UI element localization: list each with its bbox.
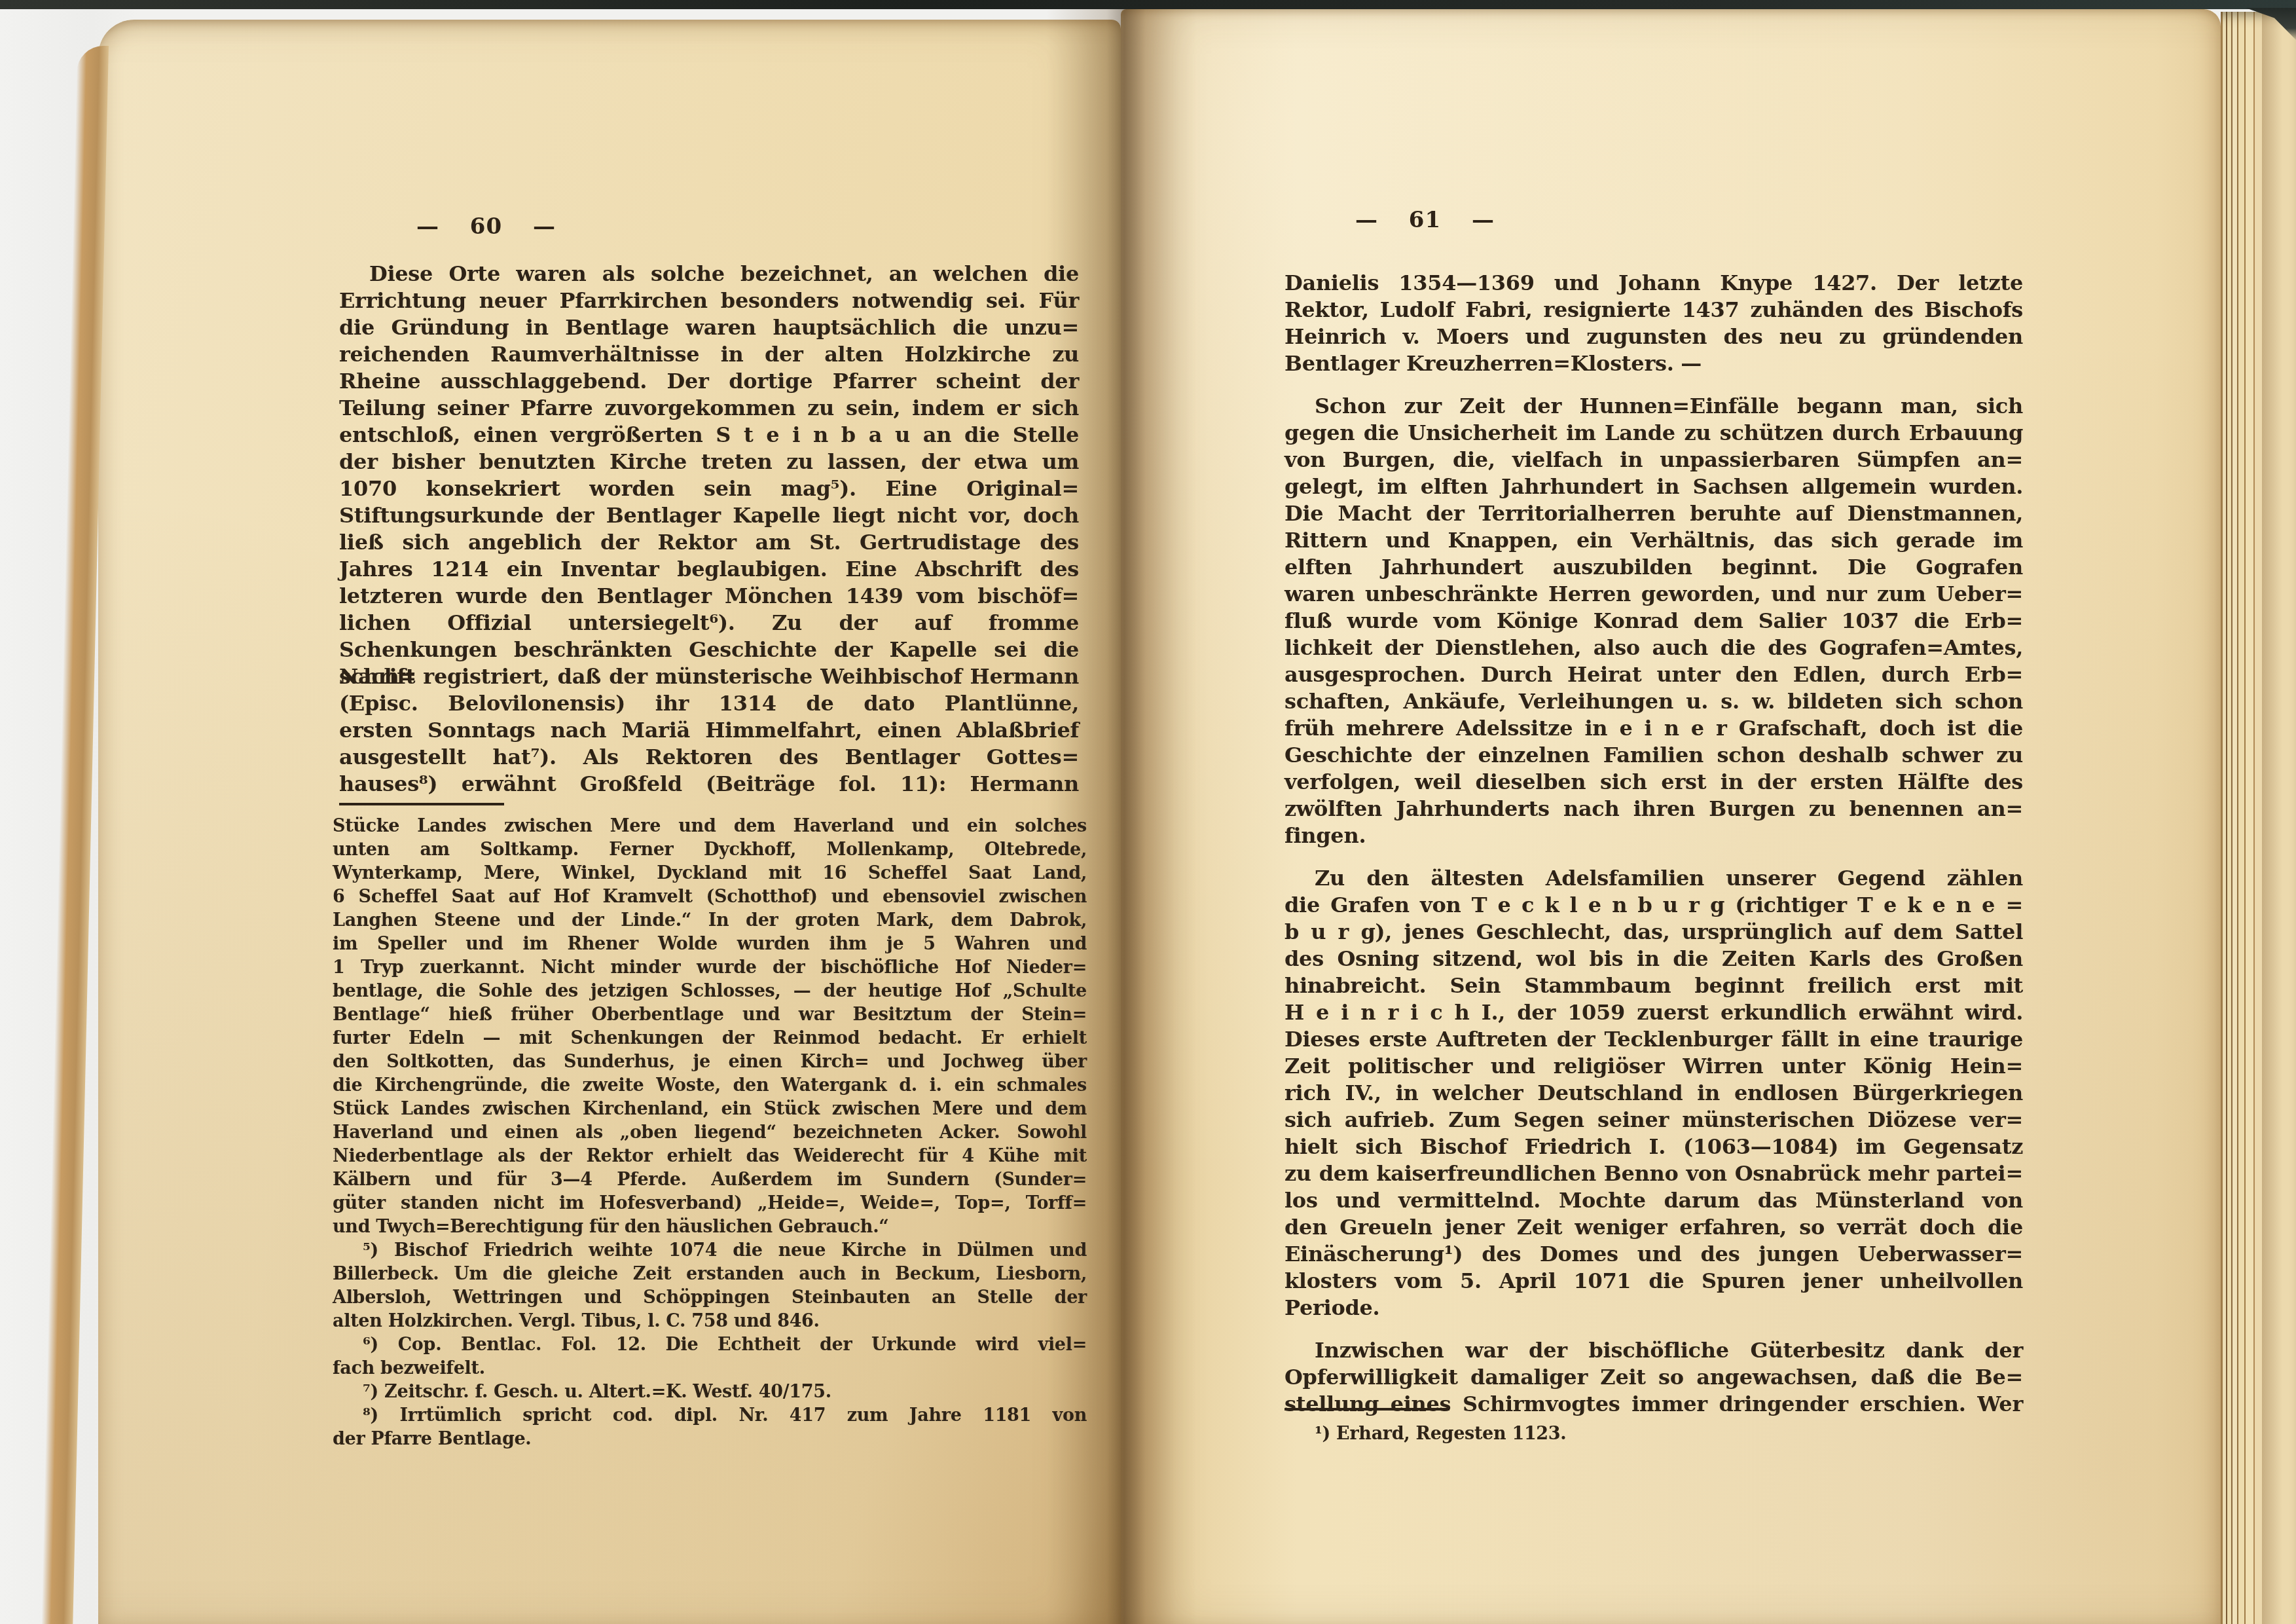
text-line: güter standen nicht im Hofesverband) „He… <box>333 1192 1087 1215</box>
text-line: den Soltkotten, das Sunderhus, je einen … <box>333 1050 1087 1074</box>
left-page-body-text: Diese Orte waren als solche bezeichnet, … <box>339 261 1079 798</box>
book-scan: — 60 — Diese Orte waren als solche bezei… <box>0 0 2296 1624</box>
text-line: 6 Scheffel Saat auf Hof Kramvelt (Schott… <box>333 885 1087 909</box>
text-line: schaften, Ankäufe, Verleihungen u. s. w.… <box>1285 688 2023 715</box>
text-line: Einäscherung¹) des Domes und des jungen … <box>1285 1241 2023 1268</box>
text-line: Wynterkamp, Mere, Winkel, Dyckland mit 1… <box>333 862 1087 885</box>
text-line: der Pfarre Bentlage. <box>333 1428 1087 1451</box>
scanner-top-strip <box>0 0 2296 9</box>
text-line: Inzwischen war der bischöfliche Güterbes… <box>1285 1337 2023 1364</box>
text-line: fingen. <box>1285 822 2023 849</box>
text-line: bentlage, die Sohle des jetzigen Schloss… <box>333 980 1087 1003</box>
text-line: Schenkungen beschränkten Geschichte der … <box>339 637 1079 663</box>
page-number-right: — 61 — <box>1355 207 1495 233</box>
text-line: Opferwilligkeit damaliger Zeit so angewa… <box>1285 1364 2023 1391</box>
text-line: Kälbern und für 3—4 Pferde. Außerdem im … <box>333 1168 1087 1192</box>
text-line: ⁶) Cop. Bentlac. Fol. 12. Die Echtheit d… <box>333 1333 1087 1357</box>
text-line: Jahres 1214 ein Inventar beglaubigen. Ei… <box>339 556 1079 583</box>
text-line: und Twych=Berechtigung für den häusliche… <box>333 1215 1087 1239</box>
text-line: ¹) Erhard, Regesten 1123. <box>1285 1422 2023 1446</box>
text-line: Rektor, Ludolf Fabri, resignierte 1437 z… <box>1285 297 2023 323</box>
text-line: Geschichte der einzelnen Familien schon … <box>1285 742 2023 769</box>
text-line: zwölften Jahrhunderts nach ihren Burgen … <box>1285 796 2023 822</box>
text-line: Niederbentlage als der Rektor erhielt da… <box>333 1145 1087 1168</box>
text-line: früh mehrere Adelssitze in e i n e r Gra… <box>1285 715 2023 742</box>
text-line: Stiftungsurkunde der Bentlager Kapelle l… <box>339 502 1079 529</box>
text-line: entschloß, einen vergrößerten S t e i n … <box>339 422 1079 449</box>
text-line: die Kirchengründe, die zweite Woste, den… <box>333 1074 1087 1098</box>
text-line: Errichtung neuer Pfarrkirchen besonders … <box>339 287 1079 314</box>
text-line: Teilung seiner Pfarre zuvorgekommen zu s… <box>339 395 1079 422</box>
text-line: Heinrich v. Moers und zugunsten des neu … <box>1285 323 2023 350</box>
text-line: Haverland und einen als „oben liegend“ b… <box>333 1121 1087 1145</box>
text-line: Zeit politischer und religiöser Wirren u… <box>1285 1053 2023 1080</box>
text-line: schrift registriert, daß der münsterisch… <box>339 663 1079 690</box>
text-line: hielt sich Bischof Friedrich I. (1063—10… <box>1285 1134 2023 1160</box>
dash-right: — <box>1472 207 1495 233</box>
text-line: ⁵) Bischof Friedrich weihte 1074 die neu… <box>333 1239 1087 1263</box>
text-line: Zu den ältesten Adelsfamilien unserer Ge… <box>1285 865 2023 892</box>
text-line: Danielis 1354—1369 und Johann Knype 1427… <box>1285 270 2023 297</box>
right-page-body-text: Danielis 1354—1369 und Johann Knype 1427… <box>1285 270 2023 1418</box>
text-line: 1 Tryp zuerkannt. Nicht minder wurde der… <box>333 956 1087 980</box>
text-line: zu dem kaiserfreundlichen Benno von Osna… <box>1285 1160 2023 1187</box>
text-line: waren unbeschränkte Herren geworden, und… <box>1285 581 2023 608</box>
text-line: die Grafen von T e c k l e n b u r g (ri… <box>1285 892 2023 919</box>
text-line: Dieses erste Auftreten der Tecklenburger… <box>1285 1026 2023 1053</box>
text-line: alten Holzkirchen. Vergl. Tibus, l. C. 7… <box>333 1310 1087 1333</box>
text-line: Stücke Landes zwischen Mere und dem Have… <box>333 815 1087 838</box>
text-line: lichkeit der Dienstlehen, also auch die … <box>1285 635 2023 661</box>
dash-left: — <box>416 213 439 240</box>
fore-edge-shade <box>2262 12 2296 1624</box>
text-line: gegen die Unsicherheit im Lande zu schüt… <box>1285 420 2023 447</box>
right-page-footnotes: ¹) Erhard, Regesten 1123. <box>1285 1422 2023 1446</box>
text-line: furter Edeln — mit Schenkungen der Reinm… <box>333 1027 1087 1050</box>
text-line: klosters vom 5. April 1071 die Spuren je… <box>1285 1268 2023 1295</box>
text-line: Die Macht der Territorialherren beruhte … <box>1285 500 2023 527</box>
text-line: den Greueln jener Zeit weniger erfahren,… <box>1285 1214 2023 1241</box>
text-line: Bentlage“ hieß früher Oberbentlage und w… <box>333 1003 1087 1027</box>
footnote-rule-left <box>339 803 504 805</box>
text-line: Albersloh, Wettringen und Schöppingen St… <box>333 1286 1087 1310</box>
text-line: der bisher benutzten Kirche treten zu la… <box>339 449 1079 475</box>
page-number-60: 60 <box>470 213 502 240</box>
text-line: letzteren wurde den Bentlager Mönchen 14… <box>339 583 1079 610</box>
text-line: Periode. <box>1285 1295 2023 1321</box>
text-line: lichen Offizial untersiegelt⁶). Zu der a… <box>339 610 1079 637</box>
text-line: Schon zur Zeit der Hunnen=Einfälle began… <box>1285 393 2023 420</box>
text-line: 1070 konsekriert worden sein mag⁵). Eine… <box>339 475 1079 502</box>
text-line: Diese Orte waren als solche bezeichnet, … <box>339 261 1079 287</box>
text-line: b u r g), jenes Geschlecht, das, ursprün… <box>1285 919 2023 946</box>
text-line: Bentlager Kreuzherren=Klosters. — <box>1285 350 2023 377</box>
text-line: Stück Landes zwischen Kirchenland, ein S… <box>333 1098 1087 1121</box>
text-line: fluß wurde vom Könige Konrad dem Salier … <box>1285 608 2023 635</box>
text-line: hinabreicht. Sein Stammbaum beginnt frei… <box>1285 972 2023 999</box>
text-line: fach bezweifelt. <box>333 1357 1087 1380</box>
text-line: sich aufrieb. Zum Segen seiner münsteris… <box>1285 1107 2023 1134</box>
text-line: reichenden Raumverhältnisse in der alten… <box>339 341 1079 368</box>
text-line: ausgestellt hat⁷). Als Rektoren des Bent… <box>339 744 1079 771</box>
text-line: im Speller und im Rhener Wolde wurden ih… <box>333 932 1087 956</box>
text-line: hauses⁸) erwähnt Großfeld (Beiträge fol.… <box>339 771 1079 798</box>
text-line: verfolgen, weil dieselben sich erst in d… <box>1285 769 2023 796</box>
text-line: des Osning sitzend, wol bis in die Zeite… <box>1285 946 2023 972</box>
text-line: elften Jahrhundert auszubilden beginnt. … <box>1285 554 2023 581</box>
text-line: gelegt, im elften Jahrhundert in Sachsen… <box>1285 473 2023 500</box>
text-line: ⁸) Irrtümlich spricht cod. dipl. Nr. 417… <box>333 1404 1087 1428</box>
text-line: Billerbeck. Um die gleiche Zeit erstande… <box>333 1263 1087 1286</box>
left-page-footnotes: Stücke Landes zwischen Mere und dem Have… <box>333 815 1087 1451</box>
text-line: los und vermittelnd. Mochte darum das Mü… <box>1285 1187 2023 1214</box>
text-line: stellung eines Schirmvogtes immer dringe… <box>1285 1391 2023 1418</box>
text-line: ließ sich angeblich der Rektor am St. Ge… <box>339 529 1079 556</box>
dash-right: — <box>533 213 556 240</box>
text-line: ersten Sonntags nach Mariä Himmelfahrt, … <box>339 717 1079 744</box>
text-line: Langhen Steene und der Linde.“ In der gr… <box>333 909 1087 932</box>
text-line: die Gründung in Bentlage waren hauptsäch… <box>339 314 1079 341</box>
text-line: Rheine ausschlaggebend. Der dortige Pfar… <box>339 368 1079 395</box>
page-number-61: 61 <box>1409 207 1441 233</box>
text-line: (Episc. Belovilonensis) ihr 1314 de dato… <box>339 690 1079 717</box>
text-line: H e i n r i c h I., der 1059 zuerst erku… <box>1285 999 2023 1026</box>
text-line: ⁷) Zeitschr. f. Gesch. u. Altert.=K. Wes… <box>333 1380 1087 1404</box>
text-line: ausgesprochen. Durch Heirat unter den Ed… <box>1285 661 2023 688</box>
text-line: von Burgen, die, vielfach in unpassierba… <box>1285 447 2023 473</box>
text-line: rich IV., in welcher Deutschland in endl… <box>1285 1080 2023 1107</box>
page-number-left: — 60 — <box>416 213 556 240</box>
dash-left: — <box>1355 207 1378 233</box>
text-line: Rittern und Knappen, ein Verhältnis, das… <box>1285 527 2023 554</box>
footnote-rule-right <box>1285 1408 1449 1411</box>
text-line: unten am Soltkamp. Ferner Dyckhoff, Moll… <box>333 838 1087 862</box>
